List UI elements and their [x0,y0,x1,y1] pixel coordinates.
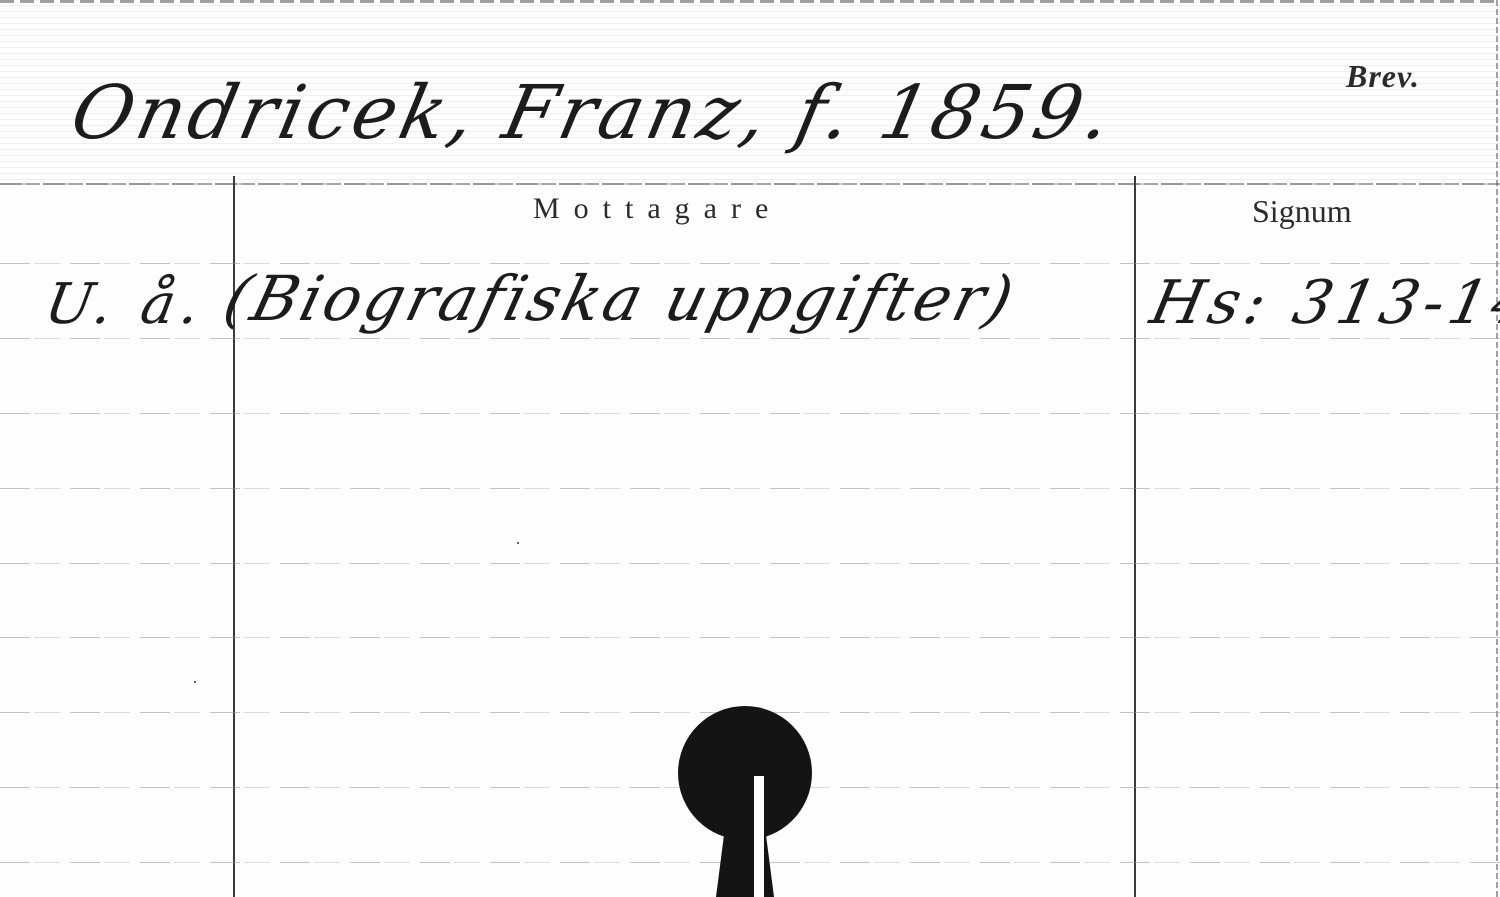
entry-recipient: (Biografiska uppgifter) [217,262,1023,335]
entry-date-note: U. å. [40,272,210,337]
ruled-line [0,488,1500,489]
catalog-card: Brev. Ondricek, Franz, f. 1859. Mottagar… [0,0,1500,897]
scan-speck [517,542,519,544]
card-right-edge [1496,0,1498,897]
column-divider-right [1134,176,1136,897]
entry-signum: Hs: 313-14. [1145,268,1500,338]
card-type-label: Brev. [1346,58,1420,95]
ruled-line [0,338,1500,339]
column-header-mottagare: Mottagare [533,192,782,226]
scan-speck [194,681,196,683]
header-rule [0,183,1500,185]
column-header-signum: Signum [1252,193,1352,230]
ruled-line [0,413,1500,414]
card-top-edge [0,0,1500,3]
punch-hole-slit [754,776,764,897]
handwritten-title: Ondricek, Franz, f. 1859. [64,70,1122,156]
ruled-line [0,563,1500,564]
punch-hole-icon [678,706,814,897]
ruled-line [0,637,1500,638]
